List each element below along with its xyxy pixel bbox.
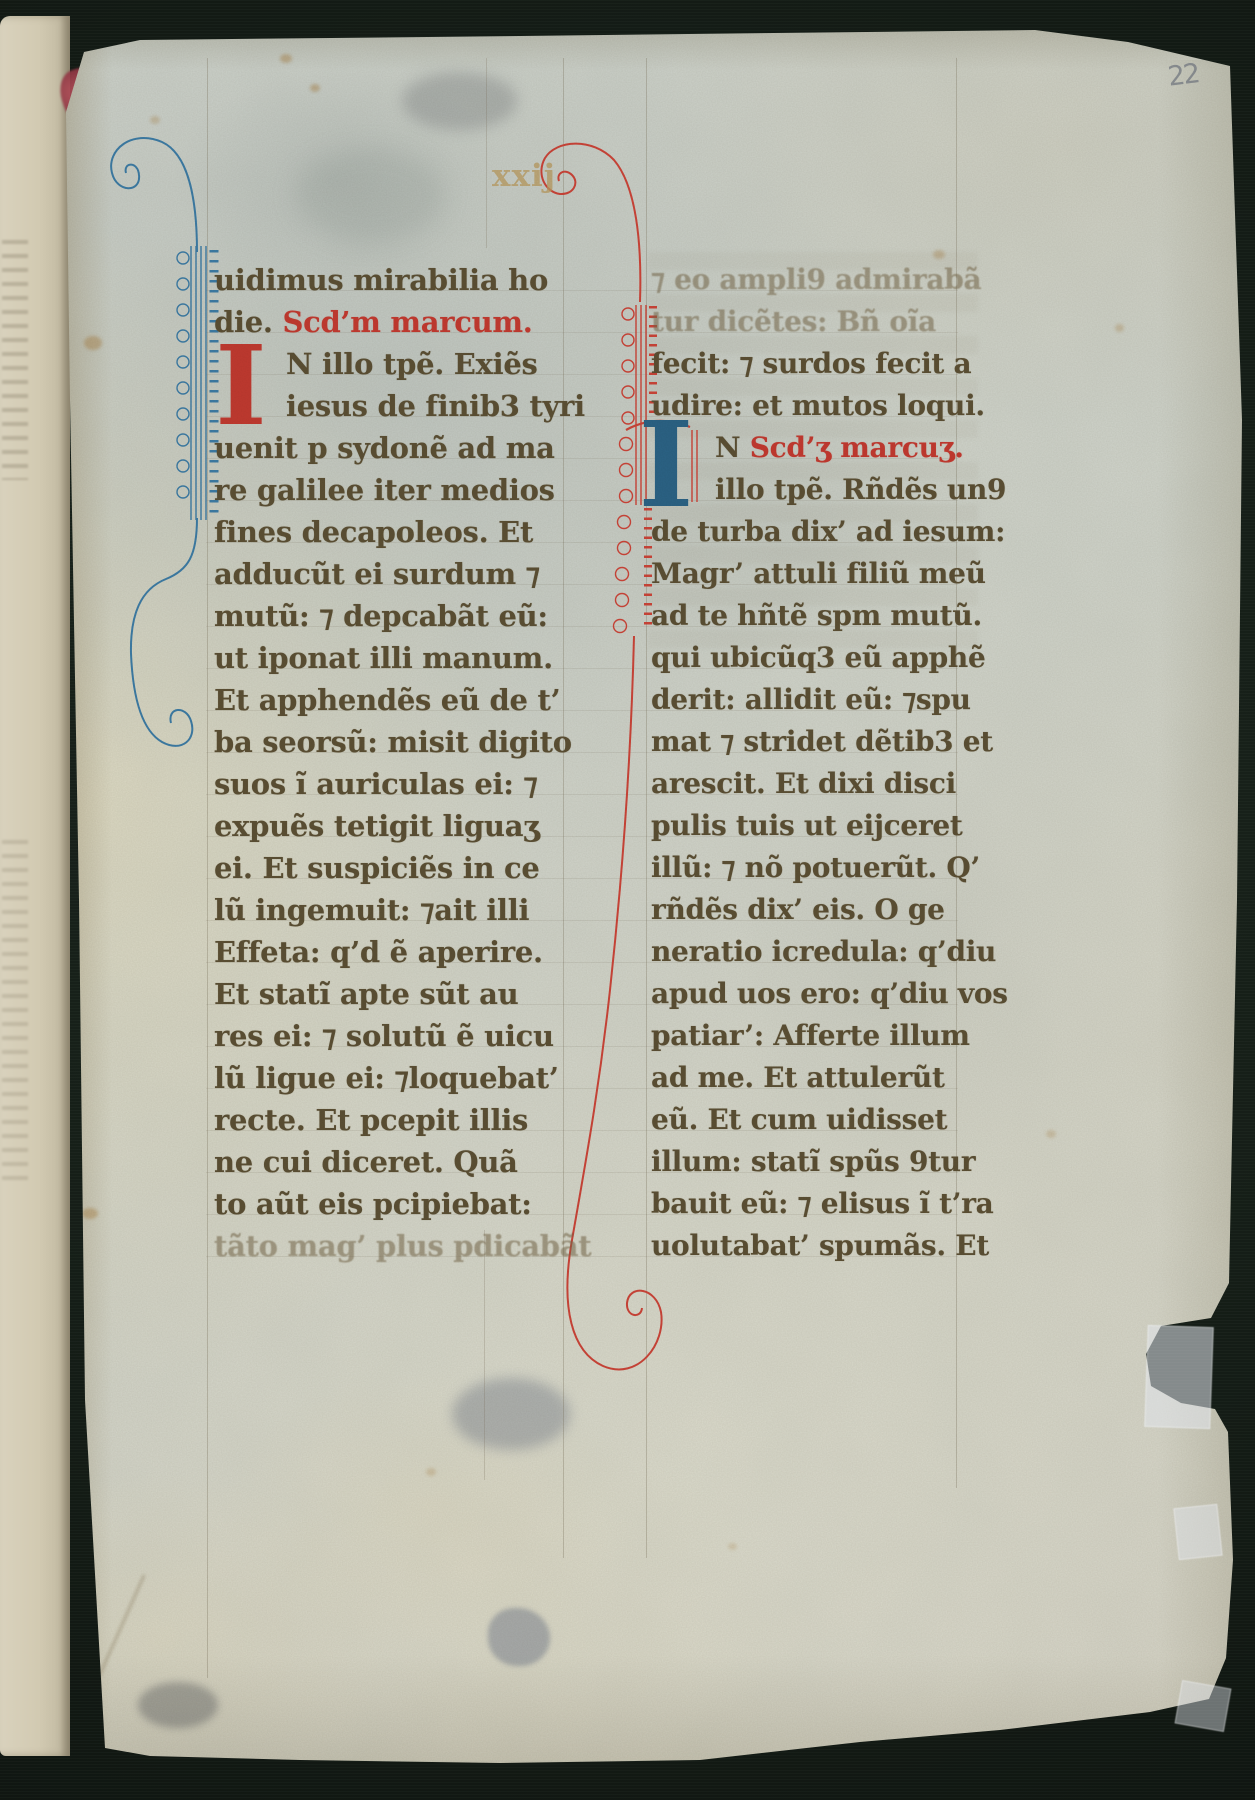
manuscript-photo: { "document": { "type_label": "illuminat… [0, 0, 1255, 1800]
body-text: illum: statĩ spũs 9tur [651, 1145, 975, 1178]
body-text: bauit eũ: ⁊ elisus ĩ t’ra [651, 1187, 994, 1220]
text-line: expuẽs tetigit liguaʒ [214, 805, 564, 847]
body-text: derit: allidit eũ: ⁊spu [651, 683, 971, 716]
blue-gray-stain [488, 1608, 550, 1666]
text-line: ne cui diceret. Quã [214, 1141, 564, 1183]
body-text: fines decapoleos. Et [214, 515, 533, 549]
body-text: udire: et mutos loqui. [651, 389, 985, 422]
text-line: uenit p sydonẽ ad ma [214, 427, 564, 469]
text-line: mutũ: ⁊ depcabãt eũ: [214, 595, 564, 637]
body-text: recte. Et pcepit illis [214, 1103, 528, 1137]
body-text: expuẽs tetigit liguaʒ [214, 809, 539, 843]
body-text: N illo tpẽ. Exiẽs [286, 347, 538, 381]
text-line: lũ ingemuit: ⁊ait illi [214, 889, 564, 931]
text-line: illo tpẽ. Rñdẽs un9 [651, 469, 961, 511]
body-text: uolutabat’ spumãs. Et [651, 1229, 989, 1262]
text-line: to aũt eis pcipiebat: [214, 1183, 564, 1225]
body-text: neratio icredula: q’diu [651, 935, 996, 968]
text-line: derit: allidit eũ: ⁊spu [651, 679, 961, 721]
body-text: fecit: ⁊ surdos fecit a [651, 347, 971, 380]
body-text: iesus de finib3 tyri [286, 389, 585, 423]
foxing-spot [1046, 1130, 1056, 1138]
body-text: suos ĩ auriculas ei: ⁊ [214, 767, 538, 801]
text-line: ad me. Et attulerũt [651, 1057, 961, 1099]
text-line: lũ ligue ei: ⁊loquebat’ [214, 1057, 564, 1099]
body-text: ⁊ eo ampli9 admirabã [651, 263, 981, 296]
body-text: re galilee iter medios [214, 473, 555, 507]
body-text: mutũ: ⁊ depcabãt eũ: [214, 599, 548, 633]
text-line: res ei: ⁊ solutũ ẽ uicu [214, 1015, 564, 1057]
text-column-left: uidimus mirabilia hodie. Scd’m marcum.N … [214, 259, 564, 1267]
text-line: mat ⁊ stridet dẽtib3 et [651, 721, 961, 763]
text-line: re galilee iter medios [214, 469, 564, 511]
body-text: Et apphendẽs eũ de t’ [214, 683, 560, 717]
body-text: qui ubicũq3 eũ apphẽ [651, 641, 986, 674]
text-line: apud uos ero: q’diu vos [651, 973, 961, 1015]
text-line: iesus de finib3 tyri [214, 385, 564, 427]
body-text: die. [214, 305, 282, 339]
body-text: patiar’: Afferte illum [651, 1019, 970, 1052]
text-line: eũ. Et cum uidisset [651, 1099, 961, 1141]
text-line: rñdẽs dix’ eis. O ge [651, 889, 961, 931]
body-text: ut iponat illi manum. [214, 641, 553, 675]
body-text: lũ ingemuit: ⁊ait illi [214, 893, 529, 927]
text-line: Et apphendẽs eũ de t’ [214, 679, 564, 721]
body-text: arescit. Et dixi disci [651, 767, 956, 800]
foxing-spot [150, 116, 160, 124]
text-line: uolutabat’ spumãs. Et [651, 1225, 961, 1267]
rubric-text: Scd’ʒ marcuʒ. [750, 431, 964, 464]
repair-tape [1173, 1504, 1222, 1560]
body-text: Magr’ attuli filiũ meũ [651, 557, 986, 590]
text-line: tãto mag’ plus pdicabãt [214, 1225, 564, 1267]
body-text: lũ ligue ei: ⁊loquebat’ [214, 1061, 559, 1095]
body-text: Et statĩ apte sũt au [214, 977, 518, 1011]
body-text: uenit p sydonẽ ad ma [214, 431, 555, 465]
text-line: suos ĩ auriculas ei: ⁊ [214, 763, 564, 805]
body-text: N [715, 431, 750, 464]
text-line: ad te hñtẽ spm mutũ. [651, 595, 961, 637]
body-text: ba seorsũ: misit digito [214, 725, 572, 759]
body-text: apud uos ero: q’diu vos [651, 977, 1008, 1010]
gray-stain [295, 148, 445, 243]
text-line: ei. Et suspiciẽs in ce [214, 847, 564, 889]
blue-gray-stain [452, 1378, 570, 1450]
text-line: uidimus mirabilia ho [214, 259, 564, 301]
text-line: bauit eũ: ⁊ elisus ĩ t’ra [651, 1183, 961, 1225]
foxing-spot [933, 250, 945, 259]
text-line: N Scd’ʒ marcuʒ. [651, 427, 961, 469]
text-line: ⁊ eo ampli9 admirabã [651, 259, 961, 301]
text-line: fecit: ⁊ surdos fecit a [651, 343, 961, 385]
quire-signature: xxij [492, 158, 556, 194]
text-line: qui ubicũq3 eũ apphẽ [651, 637, 961, 679]
manuscript-page: I I xxij 22 uidimus mirabilia hodie. Scd… [0, 0, 1255, 1800]
text-line: patiar’: Afferte illum [651, 1015, 961, 1057]
foxing-spot [82, 1208, 98, 1219]
text-line: udire: et mutos loqui. [651, 385, 961, 427]
text-line: N illo tpẽ. Exiẽs [214, 343, 564, 385]
body-text: mat ⁊ stridet dẽtib3 et [651, 725, 993, 758]
text-line: recte. Et pcepit illis [214, 1099, 564, 1141]
text-line: illum: statĩ spũs 9tur [651, 1141, 961, 1183]
text-line: ut iponat illi manum. [214, 637, 564, 679]
text-line: fines decapoleos. Et [214, 511, 564, 553]
bleedthrough-text-marks [2, 840, 28, 1180]
text-line: Effeta: q’d ẽ aperire. [214, 931, 564, 973]
body-text: ad te hñtẽ spm mutũ. [651, 599, 982, 632]
vertical-ruling [484, 1230, 485, 1480]
vertical-ruling [646, 58, 647, 1558]
foxing-spot [728, 1543, 737, 1550]
repair-tape [1144, 1325, 1214, 1429]
body-text: ne cui diceret. Quã [214, 1145, 518, 1179]
body-text: to aũt eis pcipiebat: [214, 1187, 532, 1221]
body-text: pulis tuis ut eijceret [651, 809, 963, 842]
body-text: tur dicẽtes: Bñ oĩa [651, 305, 936, 338]
foxing-spot [426, 1468, 436, 1476]
body-text: ei. Et suspiciẽs in ce [214, 851, 540, 885]
rubric-text: Scd’m marcum. [282, 305, 532, 339]
body-text: tãto mag’ plus pdicabãt [214, 1229, 591, 1263]
foxing-spot [84, 336, 102, 350]
text-line: Et statĩ apte sũt au [214, 973, 564, 1015]
text-line: pulis tuis ut eijceret [651, 805, 961, 847]
text-line: die. Scd’m marcum. [214, 301, 564, 343]
folio-number-pencil: 22 [1166, 58, 1200, 92]
body-text: ad me. Et attulerũt [651, 1061, 945, 1094]
vertical-ruling [486, 58, 487, 248]
text-line: neratio icredula: q’diu [651, 931, 961, 973]
body-text: uidimus mirabilia ho [214, 263, 548, 297]
text-line: Magr’ attuli filiũ meũ [651, 553, 961, 595]
body-text: Effeta: q’d ẽ aperire. [214, 935, 543, 969]
text-column-right: ⁊ eo ampli9 admirabãtur dicẽtes: Bñ oĩaf… [651, 259, 961, 1267]
foxing-spot [310, 84, 320, 92]
text-line: illũ: ⁊ nõ potuerũt. Q’ [651, 847, 961, 889]
body-text: illo tpẽ. Rñdẽs un9 [715, 473, 1006, 506]
body-text: res ei: ⁊ solutũ ẽ uicu [214, 1019, 554, 1053]
previous-page-edge [0, 16, 70, 1756]
text-line: arescit. Et dixi disci [651, 763, 961, 805]
text-line: adducũt ei surdum ⁊ [214, 553, 564, 595]
foxing-spot [280, 54, 292, 63]
text-line: ba seorsũ: misit digito [214, 721, 564, 763]
repair-tape [1175, 1680, 1232, 1732]
foxing-spot [1115, 324, 1124, 332]
gray-stain [402, 72, 517, 130]
bleedthrough-text-marks [2, 240, 28, 480]
body-text: de turba dix’ ad iesum: [651, 515, 1005, 548]
body-text: illũ: ⁊ nõ potuerũt. Q’ [651, 851, 980, 884]
vertical-ruling [207, 58, 208, 1678]
body-text: eũ. Et cum uidisset [651, 1103, 947, 1136]
text-line: tur dicẽtes: Bñ oĩa [651, 301, 961, 343]
text-line: de turba dix’ ad iesum: [651, 511, 961, 553]
body-text: rñdẽs dix’ eis. O ge [651, 893, 945, 926]
gray-ink-blot [138, 1682, 218, 1728]
body-text: adducũt ei surdum ⁊ [214, 557, 540, 591]
